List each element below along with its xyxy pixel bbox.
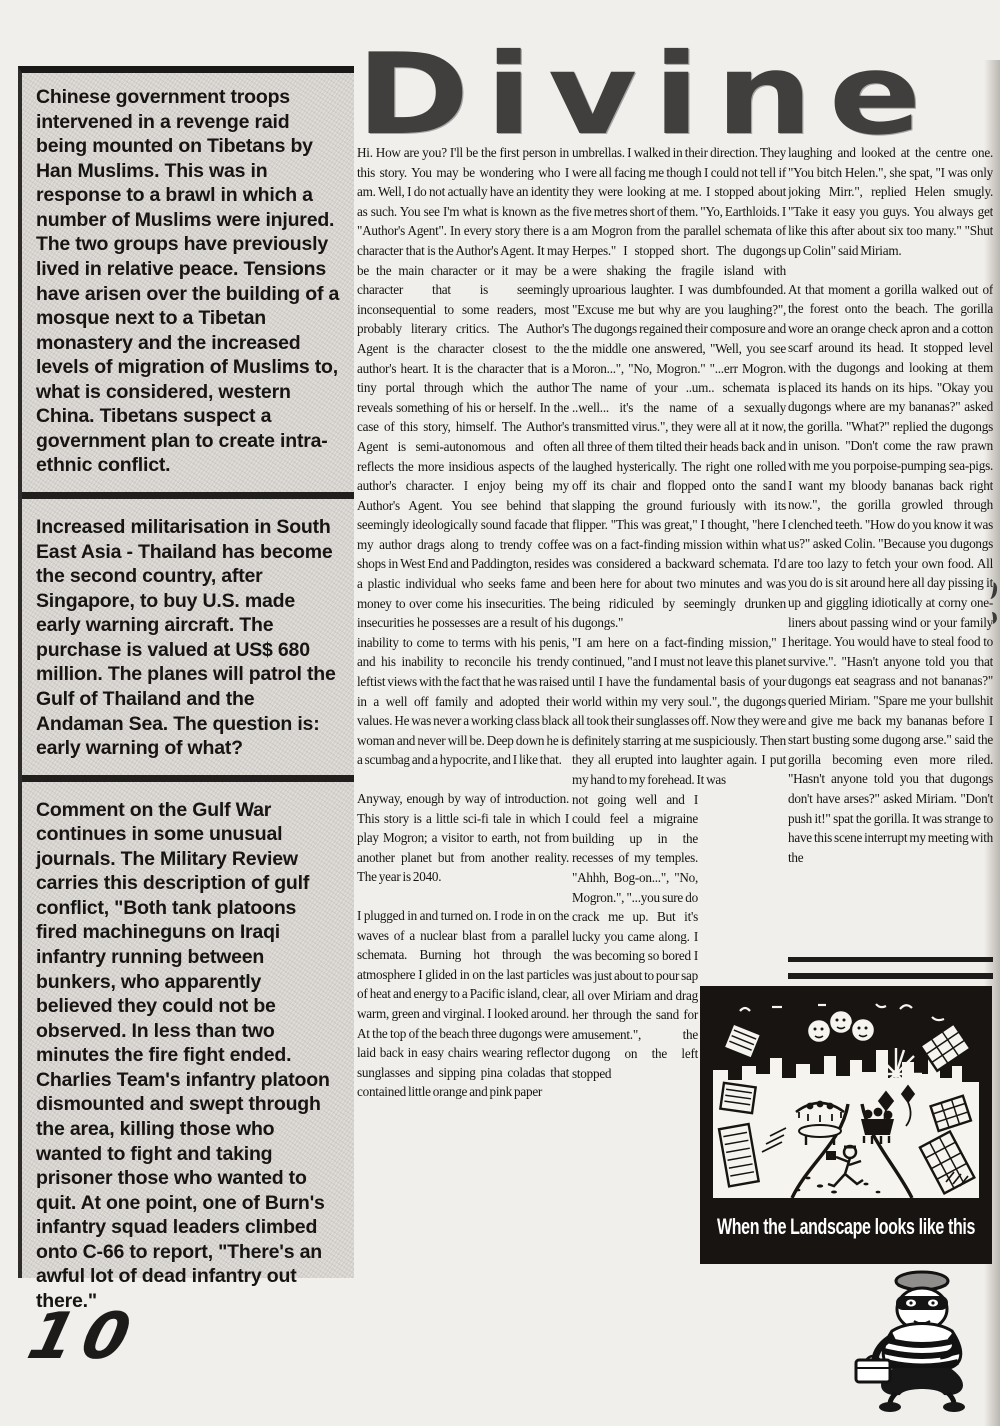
illustration-caption: When the Landscape looks like this	[717, 1214, 975, 1239]
story-column-1: Hi. How are you? I'll be the first perso…	[357, 143, 569, 1283]
story-paragraph: Anyway, enough by way of introduction. T…	[357, 789, 569, 887]
pants	[881, 1368, 963, 1395]
divider-rule	[788, 957, 993, 962]
toolbox	[856, 1360, 890, 1382]
divider-rule	[788, 973, 993, 979]
story-paragraph: Hi. How are you? I'll be the first perso…	[357, 143, 569, 770]
burglar-cartoon	[843, 1264, 997, 1422]
divider-rule	[22, 775, 354, 782]
news-article: Chinese government troops intervened in …	[36, 85, 342, 478]
shoe	[879, 1402, 901, 1412]
masthead: Divine	[356, 48, 1000, 142]
zine-page: Chinese government troops intervened in …	[0, 0, 1000, 1426]
divider-rule	[22, 492, 354, 499]
story-paragraph: laughing and looked at the centre one. "…	[788, 143, 993, 261]
story-paragraph: umbrellas. I walked in their direction. …	[572, 143, 786, 633]
story-paragraph-wrapped: not going well and I could feel a migrai…	[572, 790, 698, 1084]
story-paragraph: I plugged in and turned on. I rode in on…	[357, 906, 569, 1102]
masthead-title: Divine	[356, 48, 937, 142]
shoe	[943, 1402, 965, 1412]
news-article: Increased militarisation in South East A…	[36, 515, 342, 761]
landscape-illustration: When the Landscape looks like this	[700, 986, 992, 1264]
story-paragraph: At that moment a gorilla walked out of t…	[788, 280, 993, 868]
news-article: Comment on the Gulf War continues in som…	[36, 798, 342, 1314]
page-number: 10	[21, 1300, 147, 1374]
eye-mask	[896, 1296, 948, 1310]
story-column-3: laughing and looked at the centre one. "…	[788, 143, 993, 959]
story-paragraph: "I am here on a fact-finding mission," I…	[572, 633, 786, 790]
news-sidebar: Chinese government troops intervened in …	[18, 66, 354, 1278]
